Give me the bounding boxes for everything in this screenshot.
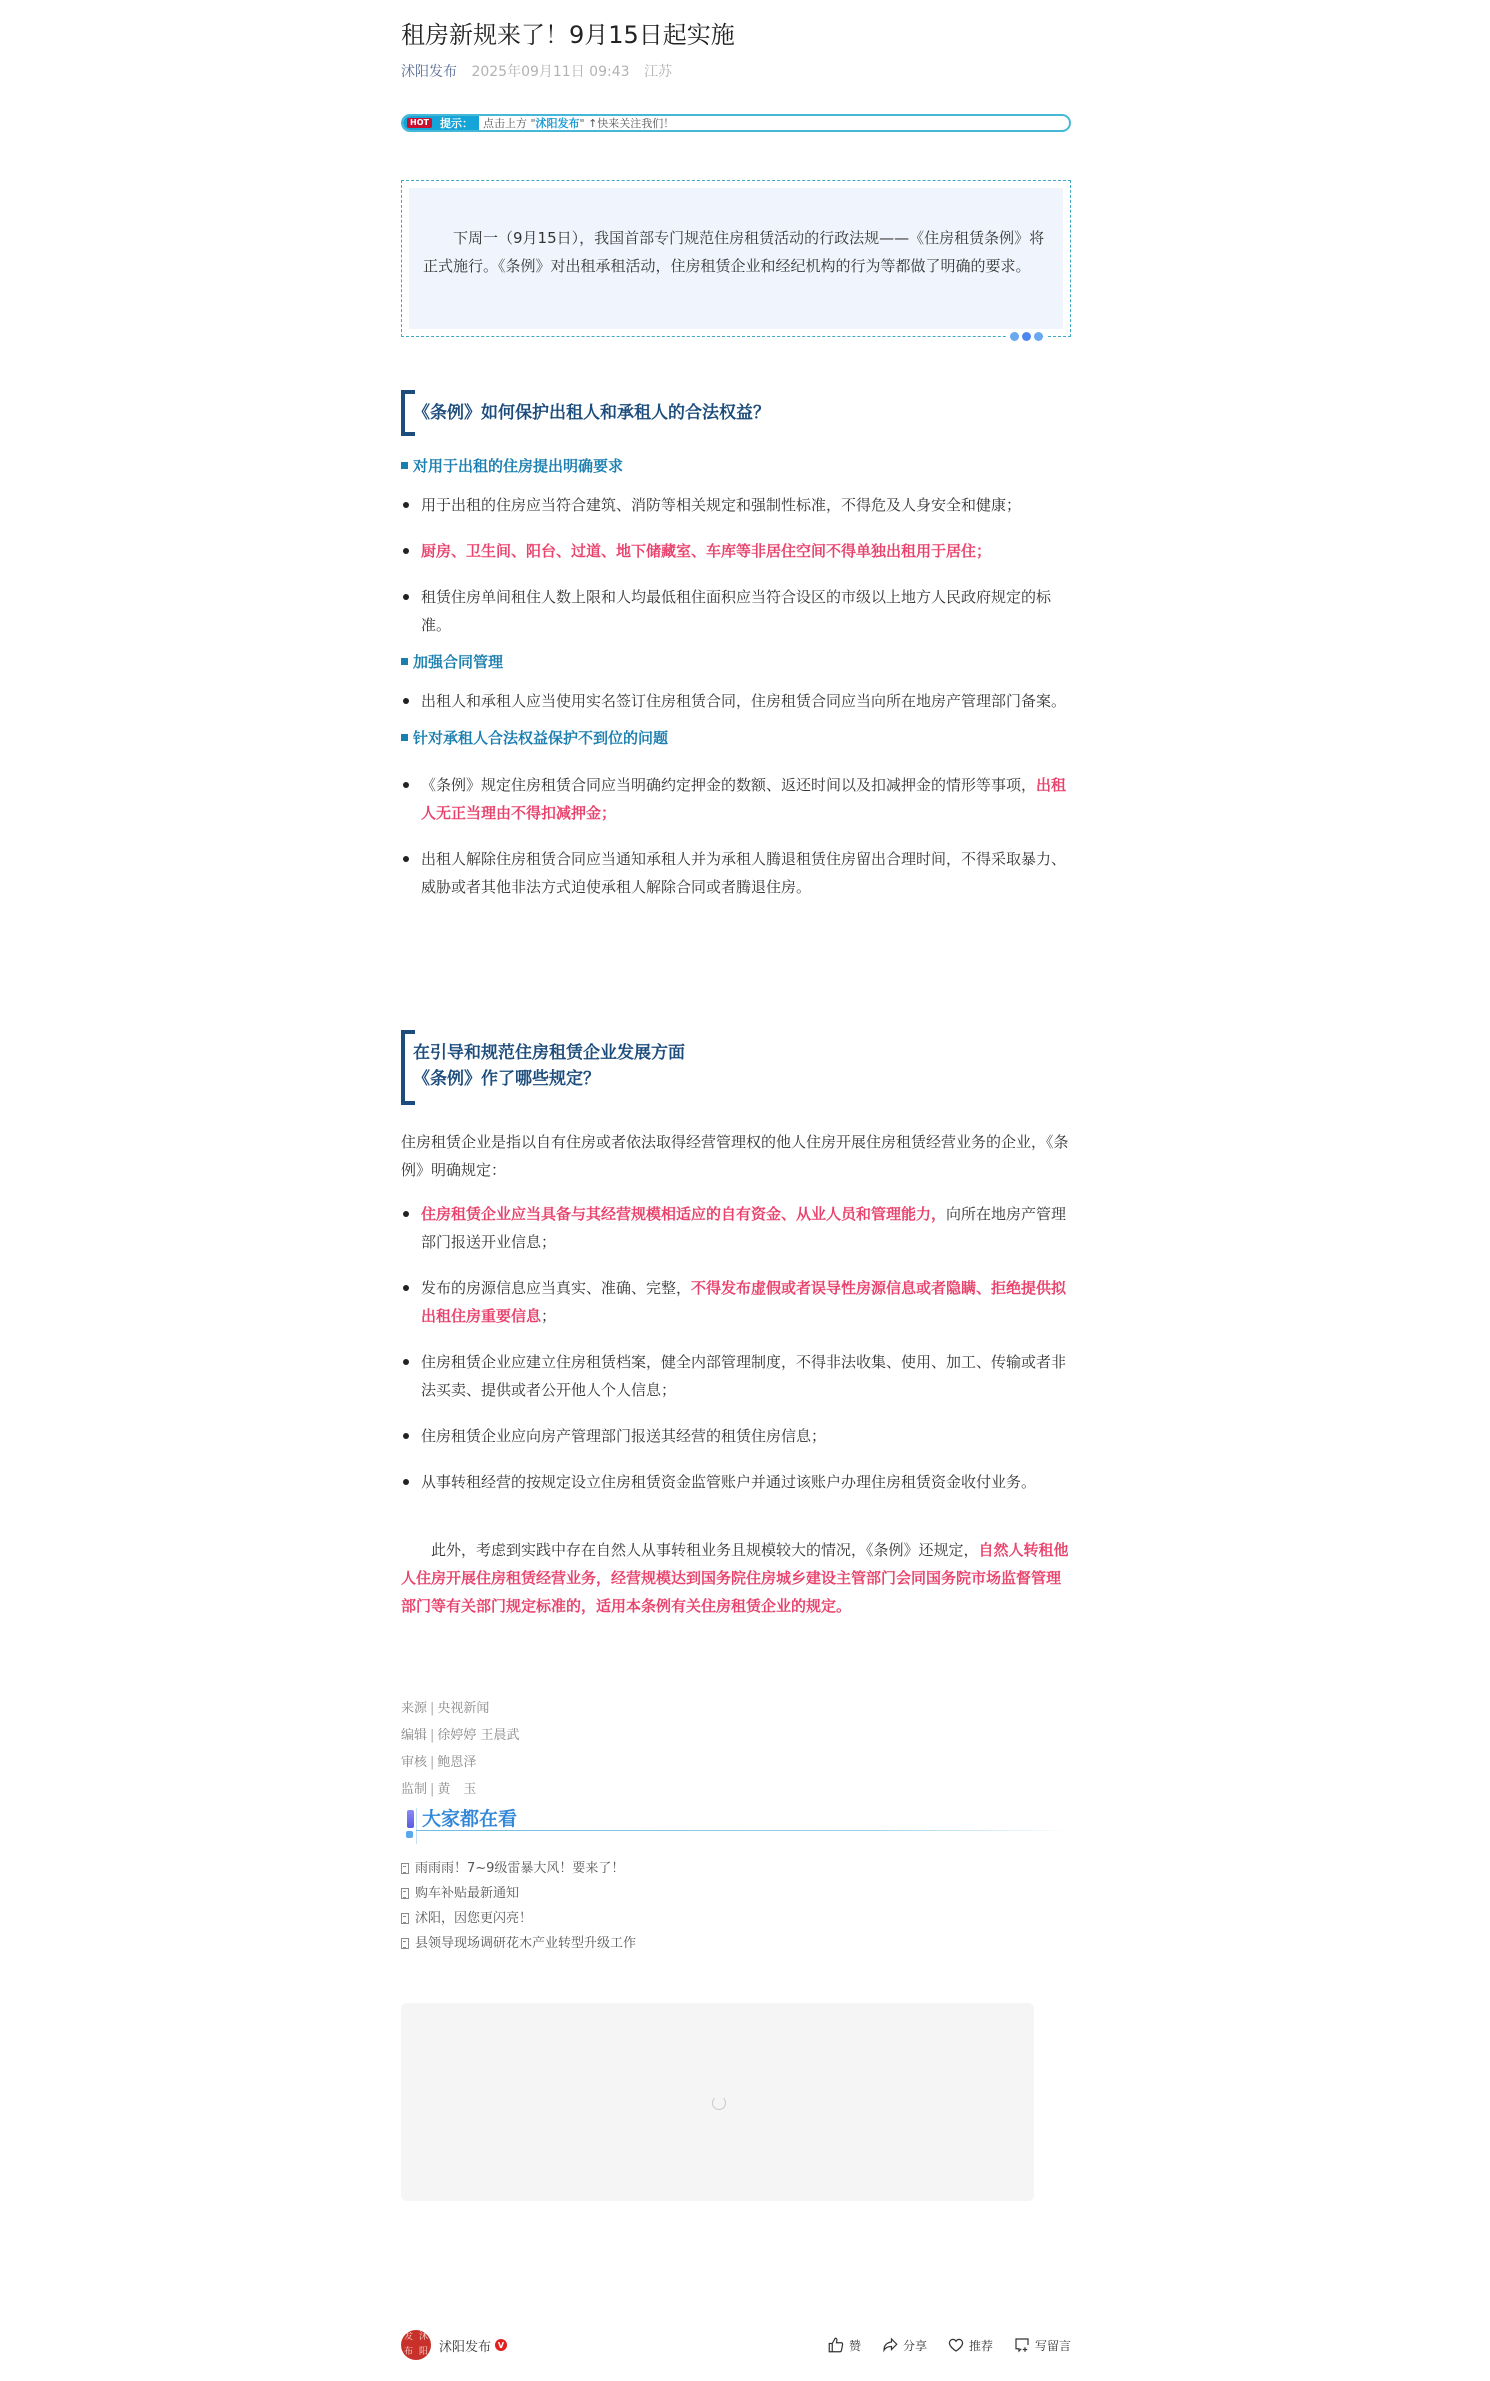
- credit-value: 央视新闻: [437, 1701, 489, 1716]
- credit-value: 徐婷婷 王晨武: [437, 1728, 519, 1743]
- recommend-link[interactable]: 雨雨雨！7~9级雷暴大风！要来了！: [401, 1856, 1071, 1881]
- tip-suffix: " ↑快来关注我们！: [580, 117, 675, 130]
- bracket-icon: [401, 1030, 415, 1105]
- bullet-item: 出租人和承租人应当使用实名签订住房租赁合同，住房租赁合同应当向所在地房产管理部门…: [401, 687, 1071, 715]
- recommend-label: 推荐: [969, 2337, 993, 2354]
- credit-row: 编辑|徐婷婷 王晨武: [401, 1722, 1071, 1749]
- closing-text: 此外，考虑到实践中存在自然人从事转租业务且规模较大的情况，《条例》还规定，: [431, 1541, 979, 1559]
- recommend-link[interactable]: 沭阳，因您更闪亮！: [401, 1906, 1071, 1931]
- loading-placeholder: [401, 2003, 1034, 2201]
- credit-sep: |: [430, 1701, 434, 1716]
- tip-brand-link[interactable]: 沭阳发布: [536, 117, 580, 130]
- bullet-item: 厨房、卫生间、阳台、过道、地下储藏室、车库等非居住空间不得单独出租用于居住；: [401, 537, 1071, 565]
- recommend-link-text: 县领导现场调研花木产业转型升级工作: [415, 1931, 636, 1956]
- bullet-item: 住房租赁企业应向房产管理部门报送其经营的租赁住房信息；: [401, 1422, 1071, 1450]
- decorative-dots: [1007, 332, 1046, 341]
- recommend-button[interactable]: 推荐: [947, 2336, 993, 2354]
- heart-icon: [947, 2336, 965, 2354]
- highlight-text: 厨房、卫生间、阳台、过道、地下储藏室、车库等非居住空间不得单独出租用于居住；: [421, 542, 991, 560]
- write-comment-button[interactable]: 写留言: [1013, 2336, 1071, 2354]
- bullet-text: ；: [541, 1307, 556, 1325]
- intro-box: 下周一（9月15日），我国首部专门规范住房租赁活动的行政法规——《住房租赁条例》…: [401, 180, 1071, 337]
- like-button[interactable]: 赞: [827, 2336, 861, 2354]
- comment-label: 写留言: [1035, 2337, 1071, 2354]
- bracket-icon: [401, 390, 415, 436]
- tip-prefix: 点击上方 ": [483, 117, 536, 130]
- hot-badge: HOT: [407, 118, 432, 128]
- bullet-item: 住房租赁企业应当具备与其经营规模相适应的自有资金、从业人员和管理能力，向所在地房…: [401, 1200, 1071, 1256]
- section-title-line: 《条例》作了哪些规定？: [413, 1066, 1071, 1092]
- bullet-item: 《条例》规定住房租赁合同应当明确约定押金的数额、返还时间以及扣减押金的情形等事项…: [401, 771, 1071, 827]
- credit-row: 来源|央视新闻: [401, 1695, 1071, 1722]
- recommend-link[interactable]: 县领导现场调研花木产业转型升级工作: [401, 1931, 1071, 1956]
- section-heading-1: 《条例》如何保护出租人和承租人的合法权益？: [401, 390, 1071, 436]
- bullet-text: 《条例》规定住房租赁合同应当明确约定押金的数额、返还时间以及扣减押金的情形等事项…: [421, 776, 1036, 794]
- avatar[interactable]: 发 沭 布 阳: [401, 2330, 431, 2360]
- recommend-link-text: 雨雨雨！7~9级雷暴大风！要来了！: [415, 1856, 624, 1881]
- thumbs-up-icon: [827, 2336, 845, 2354]
- dot-icon: [1022, 332, 1031, 341]
- bullet-item: 从事转租经营的按规定设立住房租赁资金监管账户并通过该账户办理住房租赁资金收付业务…: [401, 1468, 1071, 1496]
- credit-label: 审核: [401, 1755, 427, 1770]
- highlight-text: 住房租赁企业应当具备与其经营规模相适应的自有资金、从业人员和管理能力，: [421, 1205, 946, 1223]
- recommend-link-text: 沭阳，因您更闪亮！: [415, 1906, 532, 1931]
- tip-label: 提示：: [440, 115, 473, 131]
- source-account-link[interactable]: 沭阳发布: [401, 64, 457, 80]
- verified-badge-icon: V: [495, 2339, 507, 2351]
- dot-icon: [1034, 332, 1043, 341]
- credit-sep: |: [430, 1782, 434, 1797]
- document-icon: [401, 1913, 409, 1924]
- bullet-item: 住房租赁企业应建立住房租赁档案，健全内部管理制度，不得非法收集、使用、加工、传输…: [401, 1348, 1071, 1404]
- credit-label: 监制: [401, 1782, 427, 1797]
- follow-tip-bar: HOT 提示： 点击上方 "沭阳发布" ↑快来关注我们！: [401, 114, 1071, 132]
- share-label: 分享: [903, 2337, 927, 2354]
- bullet-item: 租赁住房单间租住人数上限和人均最低租住面积应当符合设区的市级以上地方人民政府规定…: [401, 583, 1071, 639]
- publish-location: 江苏: [644, 64, 672, 80]
- tip-label-block: HOT 提示：: [403, 116, 479, 130]
- credit-label: 编辑: [401, 1728, 427, 1743]
- bullet-item: 发布的房源信息应当真实、准确、完整，不得发布虚假或者误导性房源信息或者隐瞒、拒绝…: [401, 1274, 1071, 1330]
- intro-text: 下周一（9月15日），我国首部专门规范住房租赁活动的行政法规——《住房租赁条例》…: [409, 188, 1063, 329]
- credits: 来源|央视新闻 编辑|徐婷婷 王晨武 审核|鲍恩泽 监制|黄 玉: [401, 1695, 1071, 1803]
- avatar-char: 沭: [419, 2333, 428, 2342]
- credit-sep: |: [430, 1728, 434, 1743]
- bullet-text: 发布的房源信息应当真实、准确、完整，: [421, 1279, 691, 1297]
- credit-label: 来源: [401, 1701, 427, 1716]
- recommend-link-text: 购车补贴最新通知: [415, 1881, 519, 1906]
- article-meta: 沭阳发布 2025年09月11日 09:43 江苏: [401, 62, 1071, 82]
- recommend-list: 雨雨雨！7~9级雷暴大风！要来了！ 购车补贴最新通知 沭阳，因您更闪亮！ 县领导…: [401, 1856, 1071, 1956]
- title-bar-icon: [407, 1810, 414, 1828]
- avatar-char: 发: [404, 2333, 413, 2342]
- credit-value: 鲍恩泽: [437, 1755, 476, 1770]
- share-button[interactable]: 分享: [881, 2336, 927, 2354]
- document-icon: [401, 1888, 409, 1899]
- account-name[interactable]: 沭阳发布: [439, 2336, 491, 2355]
- bullet-item: 用于出租的住房应当符合建筑、消防等相关规定和强制性标准，不得危及人身安全和健康；: [401, 491, 1071, 519]
- section-heading-2: 在引导和规范住房租赁企业发展方面 《条例》作了哪些规定？: [401, 1030, 1071, 1105]
- bottom-action-bar: 发 沭 布 阳 沭阳发布 V 赞 分享 推荐 写留言: [401, 2330, 1071, 2360]
- divider: [416, 1808, 417, 1844]
- article-title: 租房新规来了！9月15日起实施: [401, 18, 1071, 52]
- tip-text: 点击上方 "沭阳发布" ↑快来关注我们！: [479, 115, 674, 131]
- subheading: 对用于出租的住房提出明确要求: [401, 455, 1071, 477]
- credit-sep: |: [430, 1755, 434, 1770]
- divider: [416, 1830, 1071, 1831]
- like-label: 赞: [849, 2337, 861, 2354]
- avatar-char: 布: [404, 2348, 413, 2357]
- credit-value: 黄 玉: [437, 1782, 476, 1797]
- section-title-line: 在引导和规范住房租赁企业发展方面: [413, 1040, 1071, 1066]
- bullet-item: 出租人解除住房租赁合同应当通知承租人并为承租人腾退租赁住房留出合理时间，不得采取…: [401, 845, 1071, 901]
- publish-date: 2025年09月11日 09:43: [471, 64, 629, 80]
- account-info[interactable]: 发 沭 布 阳 沭阳发布 V: [401, 2330, 507, 2360]
- recommend-link[interactable]: 购车补贴最新通知: [401, 1881, 1071, 1906]
- section-title: 在引导和规范住房租赁企业发展方面 《条例》作了哪些规定？: [401, 1030, 1071, 1092]
- avatar-char: 阳: [419, 2348, 428, 2357]
- square-dot-icon: [406, 1831, 413, 1838]
- share-arrow-icon: [881, 2336, 899, 2354]
- section-lead: 住房租赁企业是指以自有住房或者依法取得经营管理权的他人住房开展住房租赁经营业务的…: [401, 1128, 1071, 1184]
- recommend-header: 大家都在看: [401, 1802, 1071, 1838]
- subheading: 针对承租人合法权益保护不到位的问题: [401, 727, 1071, 749]
- subheading: 加强合同管理: [401, 651, 1071, 673]
- document-icon: [401, 1938, 409, 1949]
- section-1-body: 对用于出租的住房提出明确要求 用于出租的住房应当符合建筑、消防等相关规定和强制性…: [401, 455, 1071, 901]
- section-2-body: 住房租赁企业是指以自有住房或者依法取得经营管理权的他人住房开展住房租赁经营业务的…: [401, 1128, 1071, 1620]
- section-title: 《条例》如何保护出租人和承租人的合法权益？: [401, 400, 770, 426]
- document-icon: [401, 1863, 409, 1874]
- dot-icon: [1010, 332, 1019, 341]
- loading-spinner-icon: [712, 2096, 726, 2110]
- article-actions: 赞 分享 推荐 写留言: [827, 2336, 1071, 2354]
- credit-row: 审核|鲍恩泽: [401, 1749, 1071, 1776]
- recommend-title: 大家都在看: [422, 1804, 517, 1831]
- closing-paragraph: 此外，考虑到实践中存在自然人从事转租业务且规模较大的情况，《条例》还规定，自然人…: [401, 1536, 1071, 1620]
- credit-row: 监制|黄 玉: [401, 1776, 1071, 1803]
- comment-plus-icon: [1013, 2336, 1031, 2354]
